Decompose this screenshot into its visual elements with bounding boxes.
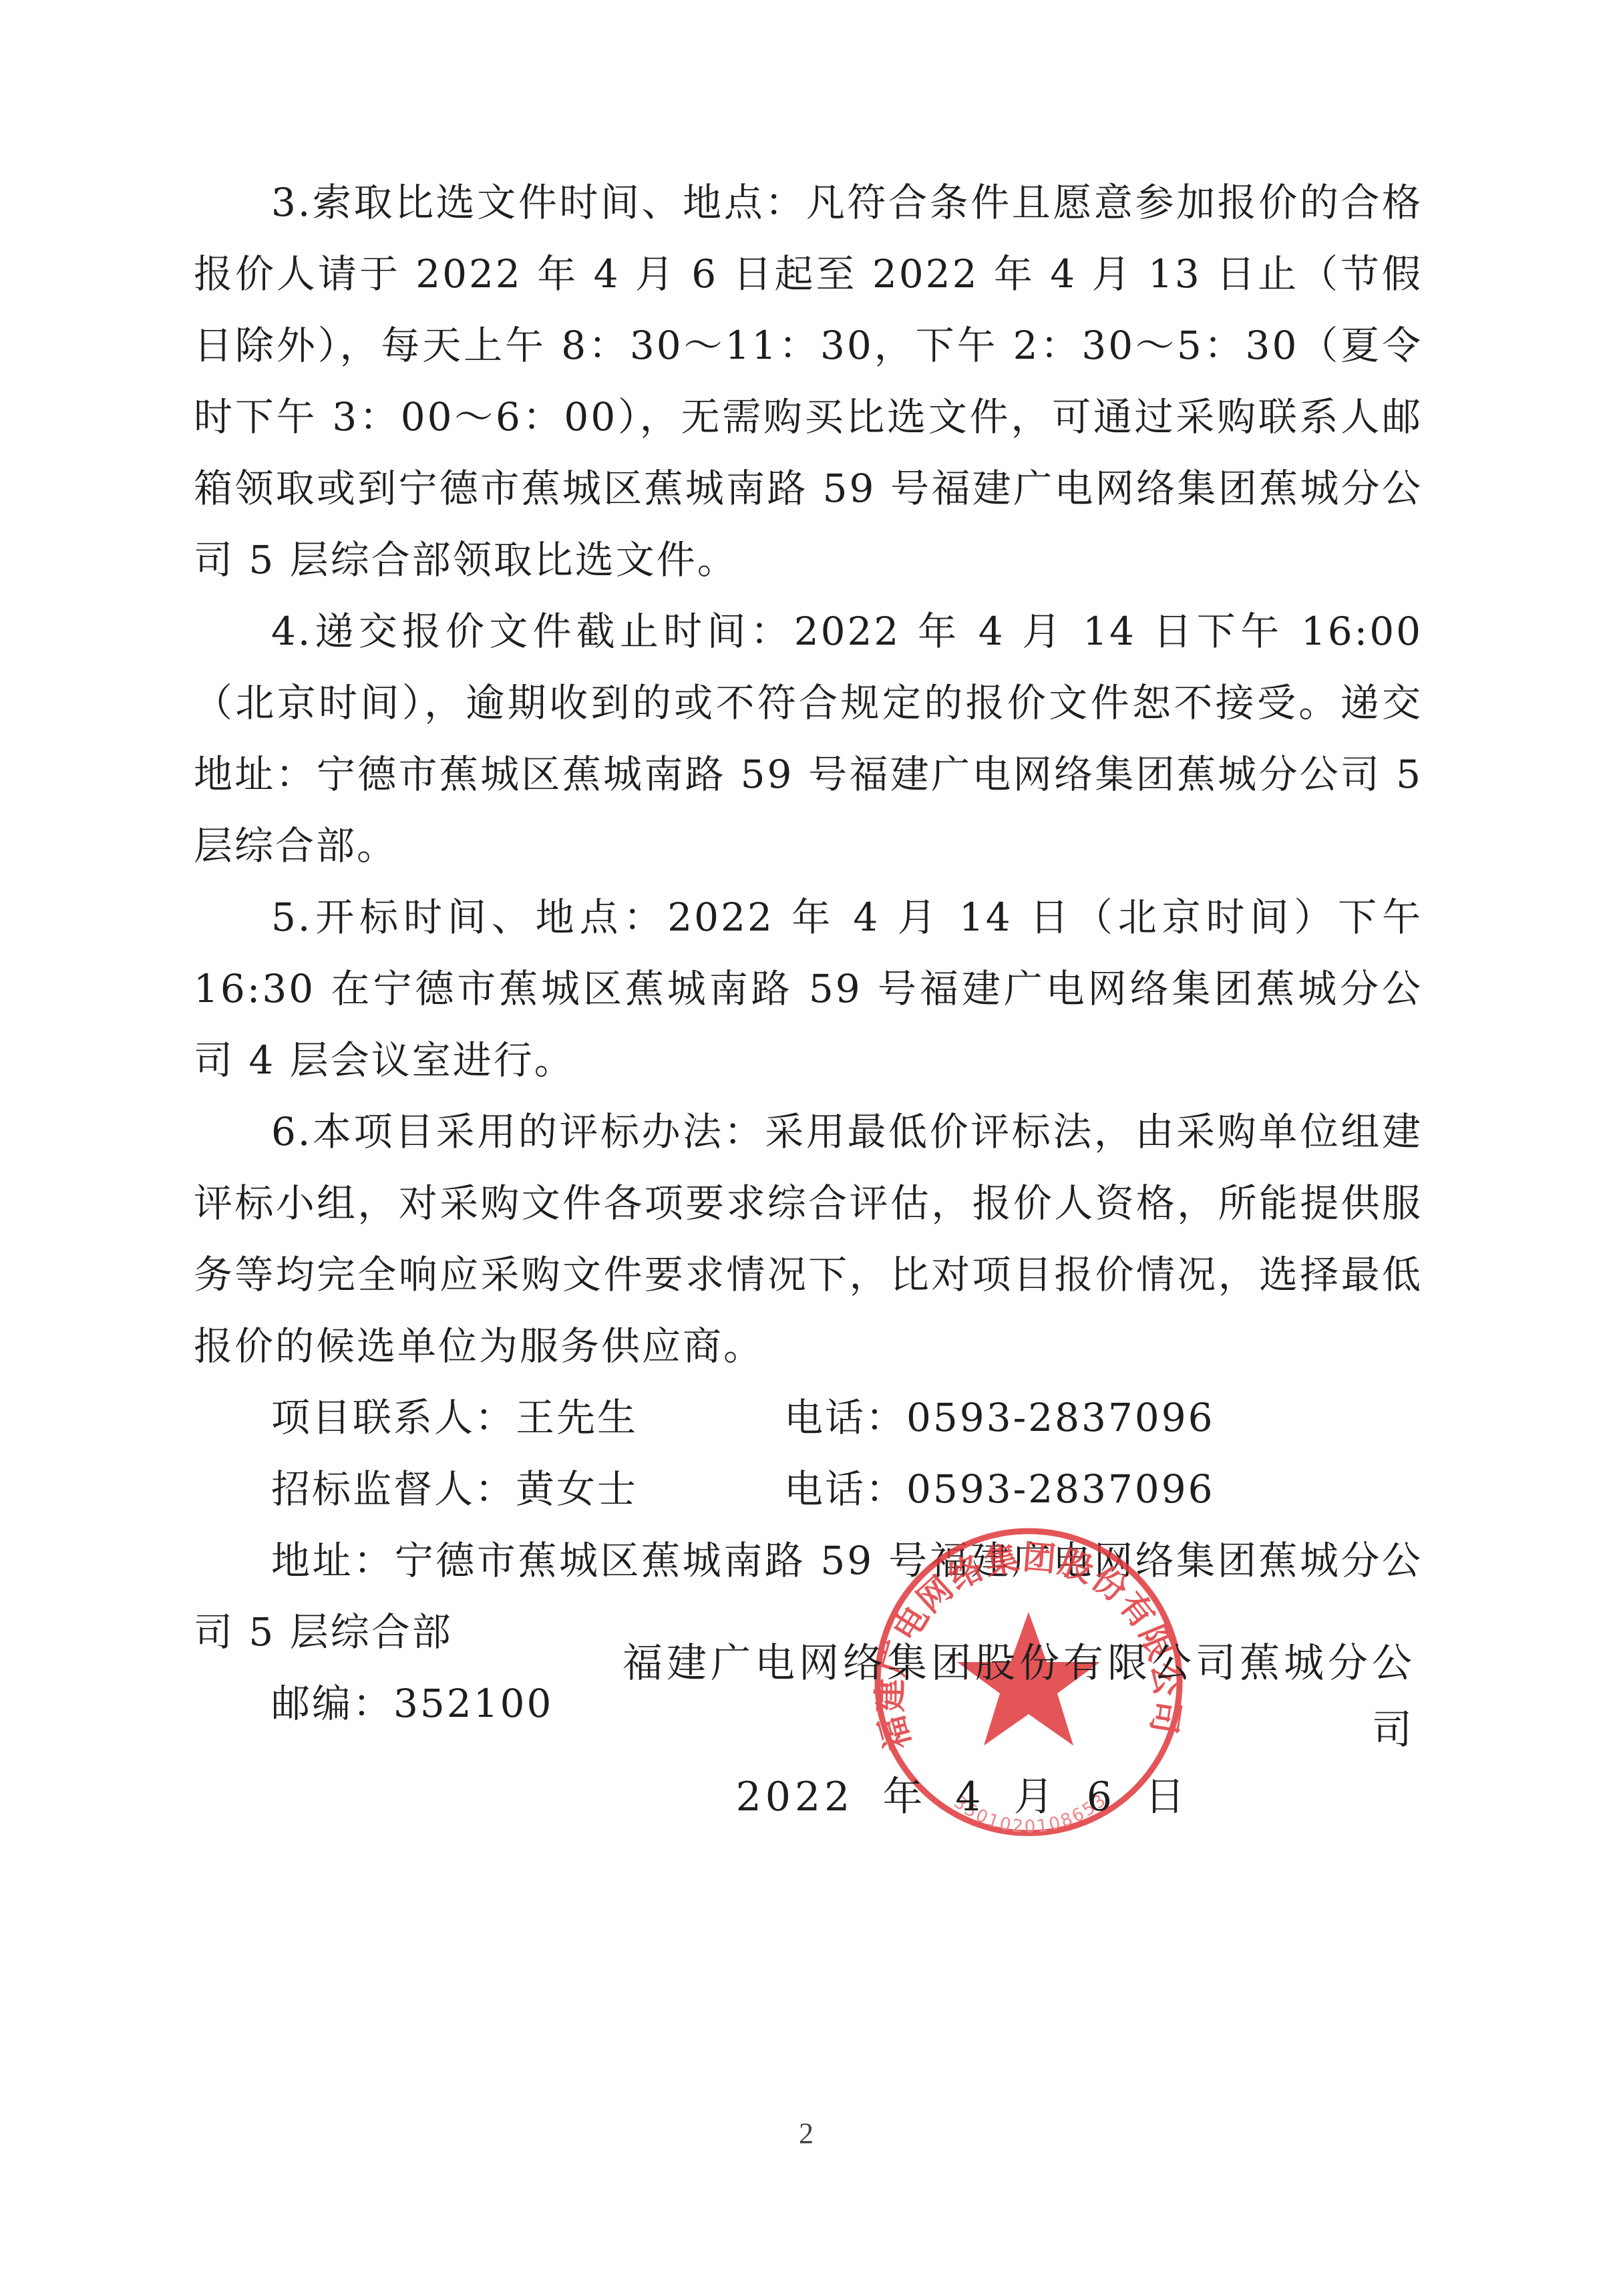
- signature-block: 福建广电网络集团股份有限公司蕉城分公司 2022 年 4 月 6 日: [581, 1630, 1416, 1830]
- document-body: 3.索取比选文件时间、地点：凡符合条件且愿意参加报价的合格报价人请于 2022 …: [194, 167, 1423, 1740]
- signature-date: 2022 年 4 月 6 日: [581, 1764, 1416, 1830]
- signature-organization: 福建广电网络集团股份有限公司蕉城分公司: [581, 1630, 1416, 1764]
- project-contact-phone: 电话：0593-2837096: [784, 1382, 1215, 1454]
- supervisor-contact-name: 招标监督人：黄女士: [271, 1454, 784, 1525]
- paragraph-4-submission-deadline: 4.递交报价文件截止时间：2022 年 4 月 14 日下午 16:00（北京时…: [194, 596, 1423, 882]
- document-page: 3.索取比选文件时间、地点：凡符合条件且愿意参加报价的合格报价人请于 2022 …: [0, 0, 1609, 2296]
- contact-row-project: 项目联系人：王先生 电话：0593-2837096: [194, 1382, 1423, 1454]
- paragraph-6-evaluation-method: 6.本项目采用的评标办法：采用最低价评标法，由采购单位组建评标小组，对采购文件各…: [194, 1096, 1423, 1382]
- paragraph-5-bid-opening: 5.开标时间、地点：2022 年 4 月 14 日（北京时间）下午 16:30 …: [194, 882, 1423, 1096]
- paragraph-3-document-acquisition: 3.索取比选文件时间、地点：凡符合条件且愿意参加报价的合格报价人请于 2022 …: [194, 167, 1423, 596]
- project-contact-name: 项目联系人：王先生: [271, 1382, 784, 1454]
- contact-row-supervisor: 招标监督人：黄女士 电话：0593-2837096: [194, 1454, 1423, 1525]
- supervisor-contact-phone: 电话：0593-2837096: [784, 1454, 1215, 1525]
- page-number: 2: [799, 2116, 814, 2150]
